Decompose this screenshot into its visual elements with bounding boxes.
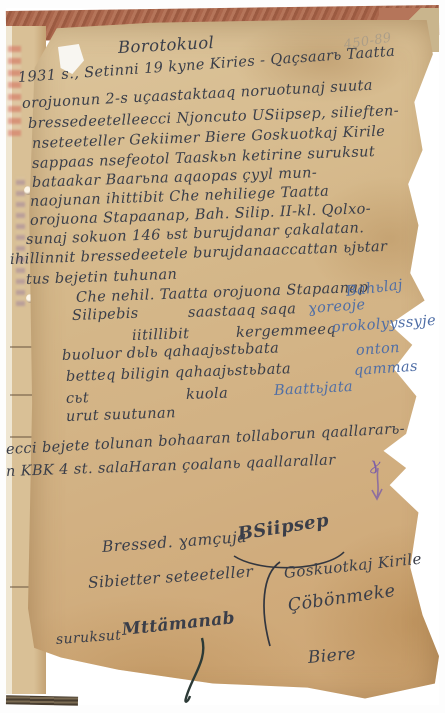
spine-purple-stamp	[16, 176, 25, 306]
qa-left: iitillibit	[132, 326, 190, 344]
scanned-manuscript-page: { "document": { "pencil_number": "450-89…	[0, 0, 445, 713]
photo-area: 450-89 Borotokuol 1931 s., Setinni 19 ky…	[6, 8, 439, 705]
brace-decoration	[258, 560, 284, 650]
qa-left: cьt	[66, 390, 90, 407]
spine-red-stamp	[8, 46, 21, 136]
qa-answer: qammas	[353, 359, 418, 379]
qa-answer: onton	[355, 340, 400, 359]
qa-mid: kuola	[186, 386, 229, 403]
qa-left: Silipebis	[72, 306, 139, 324]
page-stack-edge	[6, 695, 78, 706]
signature-tail	[172, 636, 212, 706]
assessor-signature: Biere	[307, 644, 357, 668]
margin-arrow-mark	[368, 468, 388, 502]
